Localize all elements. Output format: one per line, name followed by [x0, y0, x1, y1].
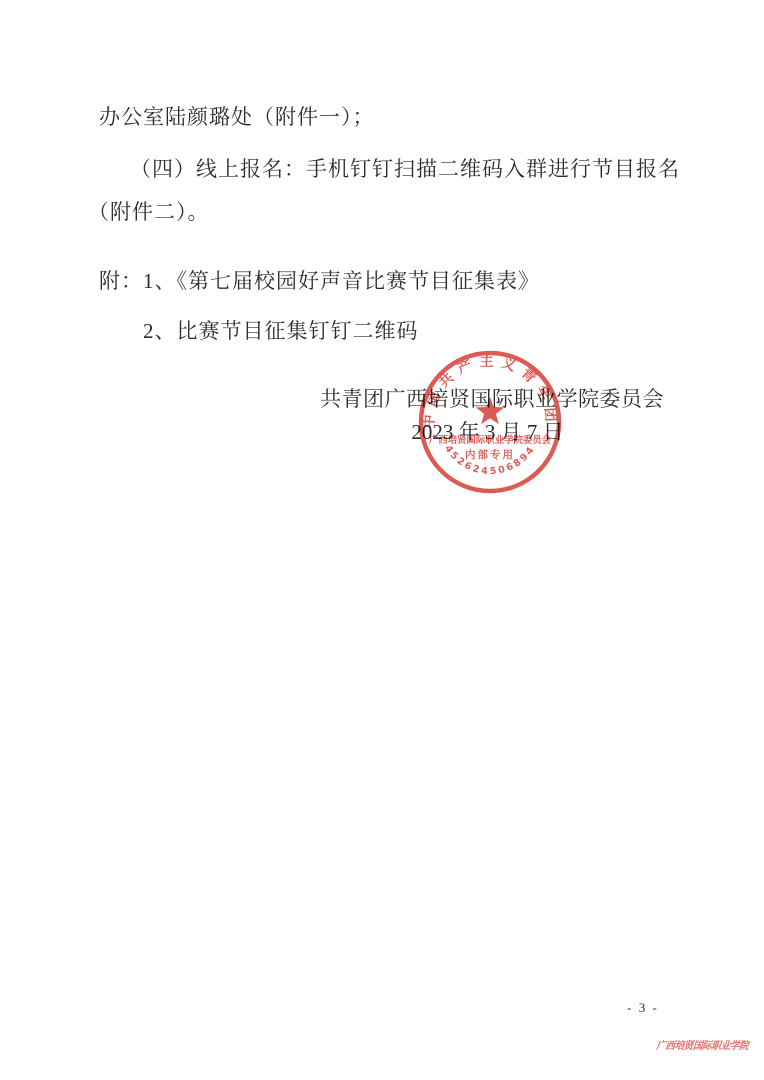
- attachment-line-2: 2、比赛节目征集钉钉二维码: [143, 315, 419, 345]
- red-star-icon: [476, 397, 505, 424]
- school-name-watermark: 广西培贤国际职业学院: [656, 1038, 749, 1053]
- body-line-3: （附件二）。: [88, 196, 210, 226]
- body-line-1: 办公室陆颜璐处（附件一）；: [99, 101, 375, 131]
- seal-inner-use-text: 内部专用: [465, 448, 515, 461]
- official-seal-stamp: 中国共产主义青年团 广西培贤国际职业学院委员会 内部专用 45262450689…: [415, 347, 565, 497]
- page-number: - 3 -: [603, 1000, 683, 1016]
- seal-inner-org-text: 广西培贤国际职业学院委员会: [428, 434, 551, 446]
- seal-graphic: 中国共产主义青年团 广西培贤国际职业学院委员会 内部专用 45262450689…: [415, 347, 565, 497]
- body-line-2: （四）线上报名：手机钉钉扫描二维码入群进行节目报名: [130, 153, 680, 183]
- attachment-line-1: 附：1、《第七届校园好声音比赛节目征集表》: [99, 265, 540, 295]
- document-page: 办公室陆颜璐处（附件一）； （四）线上报名：手机钉钉扫描二维码入群进行节目报名 …: [0, 0, 764, 1080]
